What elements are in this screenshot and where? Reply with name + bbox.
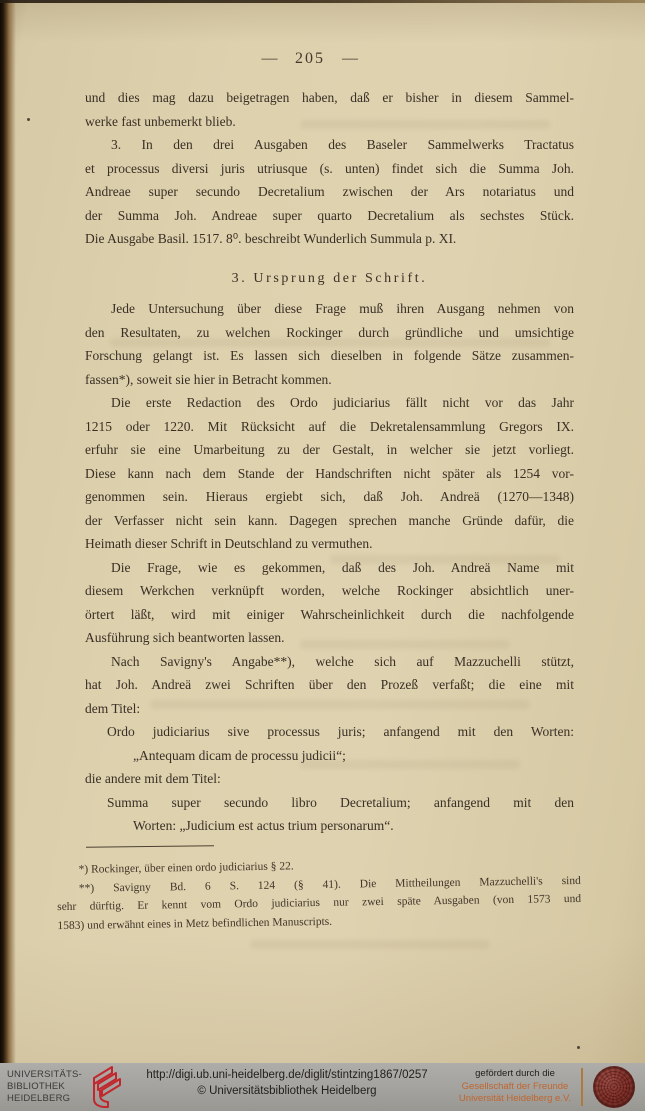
library-name: UNIVERSITÄTS- BIBLIOTHEK HEIDELBERG bbox=[7, 1069, 82, 1104]
showthrough-line bbox=[250, 940, 490, 949]
funding-credit: gefördert durch die Gesellschaft der Fre… bbox=[450, 1068, 580, 1106]
funding-credit-line: Universität Heidelberg e.V. bbox=[450, 1093, 580, 1106]
footer-divider bbox=[581, 1068, 583, 1106]
text-line: genommen sein. Hieraus ergiebt sich, daß… bbox=[85, 485, 574, 509]
page-number-dash: — bbox=[342, 50, 359, 67]
text-line: Die erste Redaction des Ordo judiciarius… bbox=[85, 391, 574, 415]
scanned-book-page: —205— und dies mag dazu beigetragen habe… bbox=[0, 0, 645, 1111]
source-url: http://digi.ub.uni-heidelberg.de/diglit/… bbox=[122, 1069, 452, 1081]
source-reference: http://digi.ub.uni-heidelberg.de/diglit/… bbox=[122, 1069, 452, 1097]
text-line: Die Ausgabe Basil. 1517. 8⁰. beschreibt … bbox=[85, 227, 574, 251]
funding-credit-line: gefördert durch die bbox=[450, 1068, 580, 1081]
book-binding-edge bbox=[0, 0, 16, 1063]
text-line: diesem Werkchen verknüpft worden, welche… bbox=[85, 579, 574, 603]
text-line: den Resultaten, zu welchen Rockinger dur… bbox=[85, 321, 574, 345]
page-top-edge bbox=[0, 0, 645, 3]
text-line: Die Frage, wie es gekommen, daß des Joh.… bbox=[85, 556, 574, 580]
text-line: Ausführung sich beantworten lassen. bbox=[85, 626, 574, 650]
text-line: werke fast unbemerkt blieb. bbox=[85, 110, 574, 134]
funding-credit-line: Gesellschaft der Freunde bbox=[450, 1081, 580, 1094]
text-line: Forschung gelangt ist. Es lassen sich di… bbox=[85, 344, 574, 368]
body-text: und dies mag dazu beigetragen haben, daß… bbox=[85, 86, 574, 838]
text-line: hat Joh. Andreä zwei Schriften über den … bbox=[85, 673, 574, 697]
text-line: Nach Savigny's Angabe**), welche sich au… bbox=[85, 650, 574, 674]
text-line: fassen*), soweit sie hier in Betracht ko… bbox=[85, 368, 574, 392]
text-line: die andere mit dem Titel: bbox=[85, 767, 574, 791]
text-line: Jede Untersuchung über diese Frage muß i… bbox=[85, 297, 574, 321]
text-line: der Summa Joh. Andreae super quarto Decr… bbox=[85, 204, 574, 228]
text-line: Heimath dieser Schrift in Deutschland zu… bbox=[85, 532, 574, 556]
speck bbox=[577, 1046, 580, 1049]
speck bbox=[27, 118, 30, 121]
text-line: und dies mag dazu beigetragen haben, daß… bbox=[85, 86, 574, 110]
university-seal-icon bbox=[593, 1066, 635, 1108]
section-heading: 3. Ursprung der Schrift. bbox=[85, 267, 574, 291]
footer-bar: UNIVERSITÄTS- BIBLIOTHEK HEIDELBERG http… bbox=[0, 1063, 645, 1111]
quoted-incipit-line: Worten: „Judicium est actus trium person… bbox=[85, 814, 574, 838]
text-line: 1215 oder 1220. Mit Rücksicht auf die De… bbox=[85, 415, 574, 439]
text-line: Diese kann nach dem Stande der Handschri… bbox=[85, 462, 574, 486]
text-line: der Verfasser nicht sein kann. Dagegen s… bbox=[85, 509, 574, 533]
page-number-value: 205 bbox=[295, 50, 325, 67]
text-line: 3. In den drei Ausgaben des Baseler Samm… bbox=[85, 133, 574, 157]
quoted-title-line: Ordo judiciarius sive processus juris; a… bbox=[85, 720, 574, 744]
quoted-incipit-line: „Antequam dicam de processu judicii“; bbox=[85, 744, 574, 768]
page-number: —205— bbox=[0, 50, 620, 68]
footnotes: *) Rockinger, über einen ordo judiciariu… bbox=[56, 853, 581, 935]
library-name-line: UNIVERSITÄTS- bbox=[7, 1069, 82, 1081]
text-line: erfuhr sie eine Umarbeitung zu der Gesta… bbox=[85, 438, 574, 462]
text-line: örtert läßt, wird mit einiger Wahrschein… bbox=[85, 603, 574, 627]
quoted-title-line: Summa super secundo libro Decretalium; a… bbox=[85, 791, 574, 815]
copyright-notice: © Universitätsbibliothek Heidelberg bbox=[122, 1085, 452, 1097]
text-line: et processus diversi juris utriusque (s.… bbox=[85, 157, 574, 181]
text-line: Andreae super secundo Decretalium zwisch… bbox=[85, 180, 574, 204]
library-name-line: HEIDELBERG bbox=[7, 1093, 82, 1105]
page-number-dash: — bbox=[262, 50, 279, 67]
text-line: dem Titel: bbox=[85, 697, 574, 721]
library-name-line: BIBLIOTHEK bbox=[7, 1081, 82, 1093]
ub-heidelberg-logo-icon bbox=[84, 1065, 122, 1109]
